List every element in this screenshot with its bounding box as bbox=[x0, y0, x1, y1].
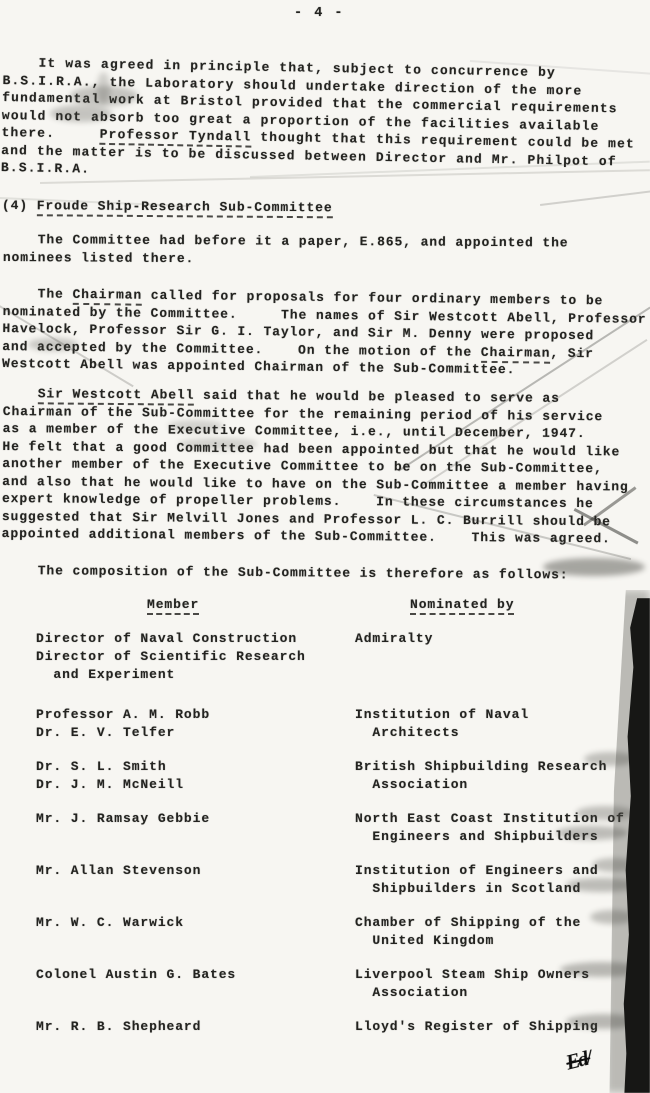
nominating-body: Admiralty bbox=[355, 630, 648, 648]
nominating-body: Chamber of Shipping of the bbox=[355, 914, 648, 932]
section-heading: (4) Froude Ship-Research Sub-Committee bbox=[2, 197, 333, 217]
table-row: Mr. Allan Stevenson Institution of Engin… bbox=[3, 862, 648, 898]
table-row: Colonel Austin G. Bates Liverpool Steam … bbox=[3, 966, 648, 1002]
table-rows: Director of Naval Construction Director … bbox=[3, 630, 648, 1036]
text-segment: said that he would be pleased to serve a… bbox=[194, 388, 560, 406]
member-name: and Experiment bbox=[36, 666, 355, 684]
text-segment: there. bbox=[1, 125, 99, 142]
crease-line bbox=[540, 190, 650, 206]
nominated-by-cell: North East Coast Institution of Engineer… bbox=[355, 810, 648, 846]
table-row: Mr. W. C. Warwick Chamber of Shipping of… bbox=[3, 914, 648, 950]
nominating-body: Architects bbox=[355, 724, 648, 742]
member-cell: Mr. J. Ramsay Gebbie bbox=[3, 810, 355, 846]
member-name: Professor A. M. Robb bbox=[36, 706, 355, 724]
nominating-body: Institution of Engineers and bbox=[355, 862, 648, 880]
nominating-body: Shipbuilders in Scotland bbox=[355, 880, 648, 898]
table-row: Professor A. M. Robb Dr. E. V. Telfer In… bbox=[3, 706, 648, 742]
nominated-by-cell: Institution of Engineers and Shipbuilder… bbox=[355, 862, 648, 898]
nominating-body: Lloyd's Register of Shipping bbox=[355, 1018, 648, 1036]
nominating-body: Engineers and Shipbuilders bbox=[355, 828, 648, 846]
section-title: Froude Ship-Research Sub-Committee bbox=[37, 198, 333, 218]
nominated-by-cell: Chamber of Shipping of the United Kingdo… bbox=[355, 914, 648, 950]
text-line: nominees listed there. bbox=[3, 248, 569, 269]
text-segment bbox=[3, 386, 38, 401]
nominating-body: Liverpool Steam Ship Owners bbox=[355, 966, 648, 984]
abell-paragraph: Sir Westcott Abell said that he would be… bbox=[2, 385, 630, 548]
chairman-paragraph: The Chairman called for proposals for fo… bbox=[2, 285, 647, 380]
nominated-by-column-header: Nominated by bbox=[355, 596, 648, 614]
table-row: Dr. S. L. Smith Dr. J. M. McNeill Britis… bbox=[3, 758, 648, 794]
nominating-body: United Kingdom bbox=[355, 932, 648, 950]
section-number: (4) bbox=[2, 198, 37, 213]
member-cell: Professor A. M. Robb Dr. E. V. Telfer bbox=[3, 706, 355, 742]
member-cell: Director of Naval Construction Director … bbox=[3, 630, 355, 684]
underlined-text: Chairman bbox=[72, 287, 142, 306]
text-segment: The bbox=[3, 286, 73, 302]
member-name: Colonel Austin G. Bates bbox=[36, 966, 355, 984]
scanned-document-page: - 4 - It was agreed in principle that, s… bbox=[0, 0, 650, 1093]
intro-paragraph: It was agreed in principle that, subject… bbox=[1, 54, 637, 188]
paper-paragraph: The Committee had before it a paper, E.8… bbox=[3, 231, 569, 269]
member-cell: Colonel Austin G. Bates bbox=[3, 966, 355, 1002]
nominated-by-cell: Lloyd's Register of Shipping bbox=[355, 1018, 648, 1036]
table-header-row: Member Nominated by bbox=[3, 596, 648, 614]
member-name: Director of Naval Construction bbox=[36, 630, 355, 648]
member-name: Mr. W. C. Warwick bbox=[36, 914, 355, 932]
member-cell: Mr. Allan Stevenson bbox=[3, 862, 355, 898]
table-row: Mr. J. Ramsay Gebbie North East Coast In… bbox=[3, 810, 648, 846]
nominated-by-cell: Liverpool Steam Ship Owners Association bbox=[355, 966, 648, 1002]
membership-table: Member Nominated by Director of Naval Co… bbox=[3, 596, 648, 1052]
member-cell: Mr. R. B. Shepheard bbox=[3, 1018, 355, 1036]
nominating-body: Association bbox=[355, 984, 648, 1002]
nominating-body: British Shipbuilding Research bbox=[355, 758, 648, 776]
nominated-by-cell: Institution of Naval Architects bbox=[355, 706, 648, 742]
nominating-body: North East Coast Institution of bbox=[355, 810, 648, 828]
member-column-header: Member bbox=[3, 596, 355, 614]
member-cell: Mr. W. C. Warwick bbox=[3, 914, 355, 950]
nominated-by-cell: Admiralty bbox=[355, 630, 648, 684]
member-name: Dr. J. M. McNeill bbox=[36, 776, 355, 794]
member-name: Dr. E. V. Telfer bbox=[36, 724, 355, 742]
table-row: Director of Naval Construction Director … bbox=[3, 630, 648, 684]
member-name: Director of Scientific Research bbox=[36, 648, 355, 666]
text-segment: , Sir bbox=[550, 345, 594, 361]
page-number: - 4 - bbox=[294, 6, 345, 21]
member-name: Dr. S. L. Smith bbox=[36, 758, 355, 776]
composition-line: The composition of the Sub-Committee is … bbox=[3, 562, 569, 584]
nominated-by-cell: British Shipbuilding Research Associatio… bbox=[355, 758, 648, 794]
table-row: Mr. R. B. Shepheard Lloyd's Register of … bbox=[3, 1018, 648, 1036]
member-name: Mr. R. B. Shepheard bbox=[36, 1018, 355, 1036]
nominating-body: Institution of Naval bbox=[355, 706, 648, 724]
nominating-body: Association bbox=[355, 776, 648, 794]
member-cell: Dr. S. L. Smith Dr. J. M. McNeill bbox=[3, 758, 355, 794]
member-name: Mr. Allan Stevenson bbox=[36, 862, 355, 880]
member-name: Mr. J. Ramsay Gebbie bbox=[36, 810, 355, 828]
